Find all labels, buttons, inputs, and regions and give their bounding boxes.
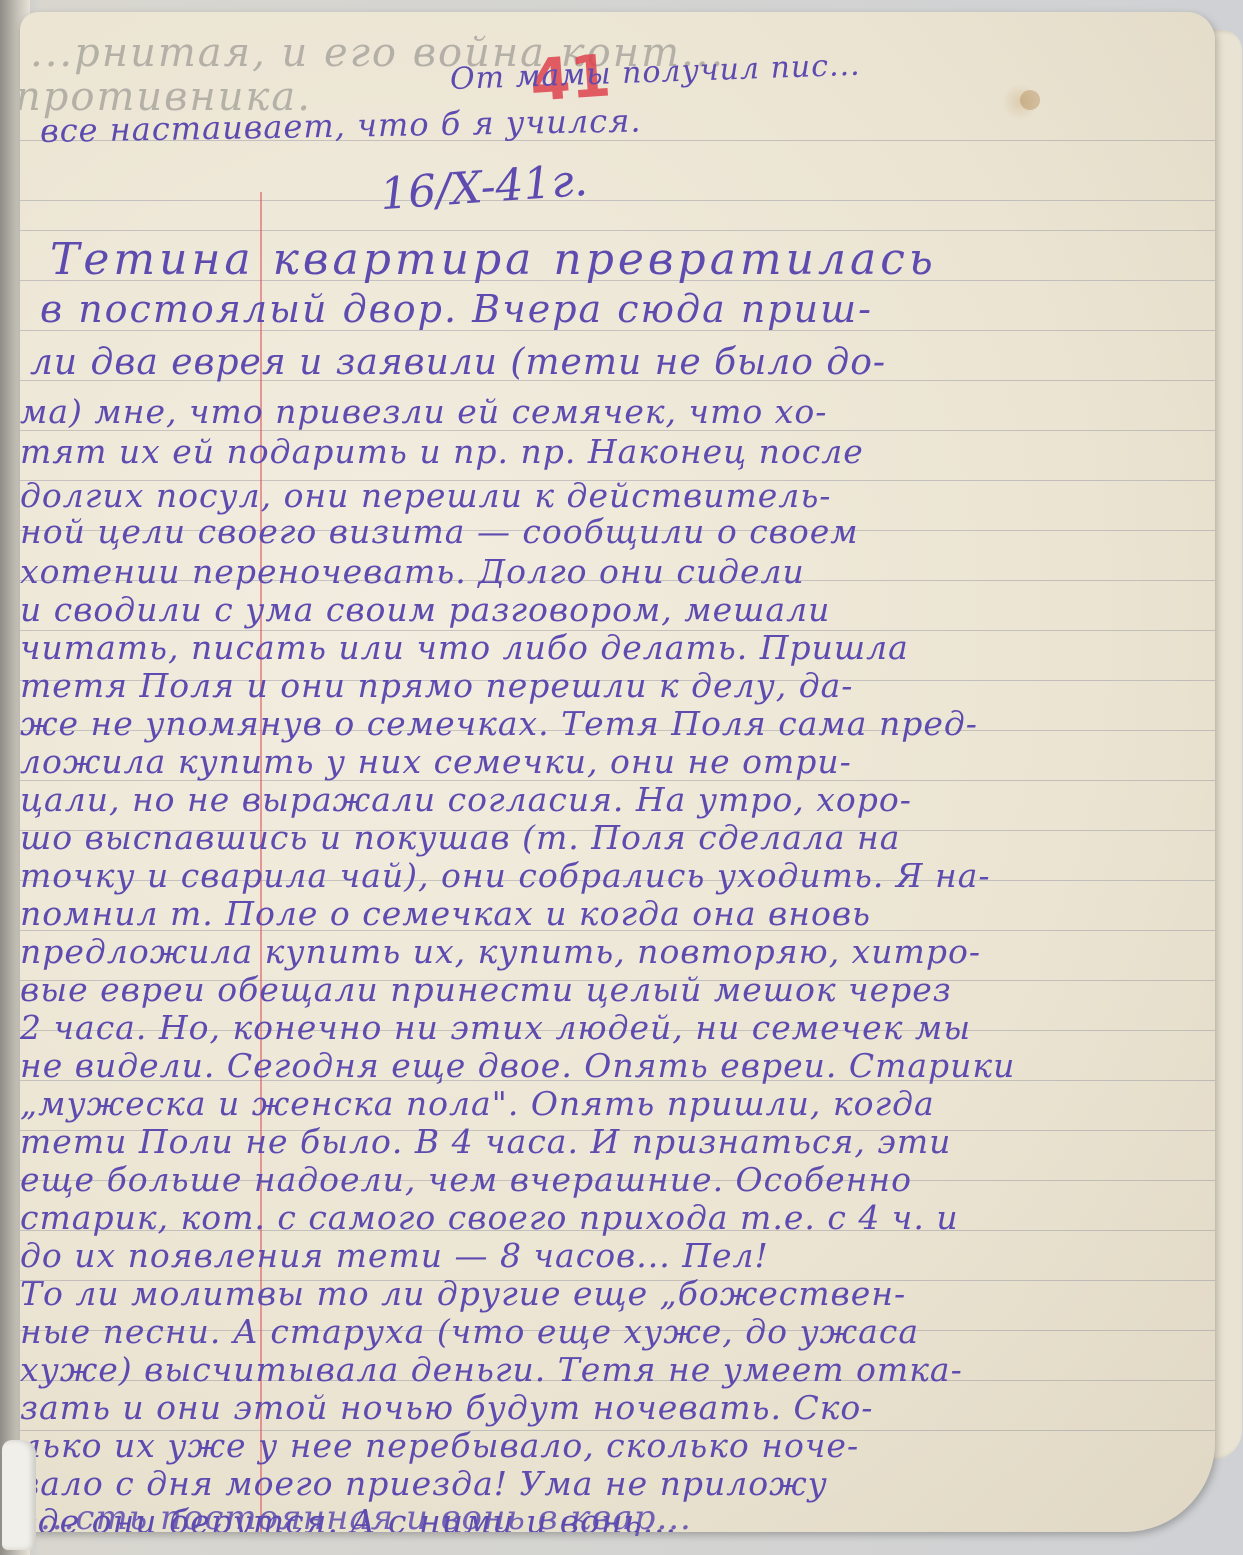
text-line: цали, но не выражали согласия. На утро, … — [20, 780, 912, 819]
text-line: старик, кот. с самого своего прихода т.е… — [20, 1198, 959, 1237]
text-line: тят их ей подарить и пр. пр. Наконец пос… — [20, 432, 864, 471]
text-line: лько их уже у нее перебывало, сколько но… — [20, 1426, 859, 1465]
text-line: Тетина квартира превратилась — [50, 234, 937, 285]
text-line: еще больше надоели, чем вчерашние. Особе… — [20, 1160, 912, 1199]
text-line: в постоялый двор. Вчера сюда приш- — [40, 287, 873, 331]
diary-page: ...рнитая, и его война конт... противник… — [20, 12, 1215, 1532]
text-line: ли два еврея и заявили (тети не было до- — [30, 342, 886, 383]
text-line: точку и сварила чай), они собрались уход… — [20, 856, 991, 895]
text-line: и сводили с ума своим разговором, мешали — [20, 590, 830, 629]
text-line: тетя Поля и они прямо перешли к делу, да… — [20, 666, 853, 705]
text-line: предложила купить их, купить, повторяю, … — [20, 932, 981, 971]
ruled-line — [20, 200, 1215, 201]
text-line: ной цели своего визита — сообщили о свое… — [20, 512, 859, 551]
ruled-line — [20, 230, 1215, 231]
text-line: тети Поли не было. В 4 часа. И признатьс… — [20, 1122, 951, 1161]
date-heading: 16/X-41г. — [378, 155, 589, 220]
text-line: ма) мне, что привезли ей семячек, что хо… — [20, 392, 827, 431]
text-line: же не упомянув о семечках. Тетя Поля сам… — [20, 704, 978, 743]
text-line: вые евреи обещали принести целый мешок ч… — [20, 970, 952, 1009]
text-line: шо выспавшись и покушав (т. Поля сделала… — [20, 818, 900, 857]
binding-thread — [2, 1440, 36, 1550]
text-line: хотении переночевать. Долго они сидели — [20, 552, 805, 591]
text-line: хуже) высчитывала деньги. Тетя не умеет … — [20, 1350, 963, 1389]
paper-stain — [1020, 90, 1040, 110]
text-line: „мужеска и женска пола". Опять пришли, к… — [20, 1084, 935, 1123]
text-line: зать и они этой ночью будут ночевать. Ск… — [20, 1388, 873, 1427]
text-line: помнил т. Поле о семечках и когда она вн… — [20, 894, 871, 933]
text-line: долгих посул, они перешли к действитель- — [20, 476, 831, 515]
text-line: до их появления тети — 8 часов... Пел! — [20, 1236, 769, 1275]
text-line: То ли молитвы то ли другие еще „божестве… — [20, 1274, 906, 1313]
text-line: ные песни. А старуха (что еще хуже, до у… — [20, 1312, 919, 1351]
text-line: читать, писать или что либо делать. Приш… — [20, 628, 909, 667]
text-line: 2 часа. Но, конечно ни этих людей, ни се… — [20, 1008, 971, 1047]
text-line: не видели. Сегодня еще двое. Опять евреи… — [20, 1046, 1015, 1085]
text-line-folded-corner: ...сть постоянная и вонь в квар... — [40, 1498, 692, 1538]
text-line: ложила купить у них семечки, они не отри… — [20, 742, 852, 781]
